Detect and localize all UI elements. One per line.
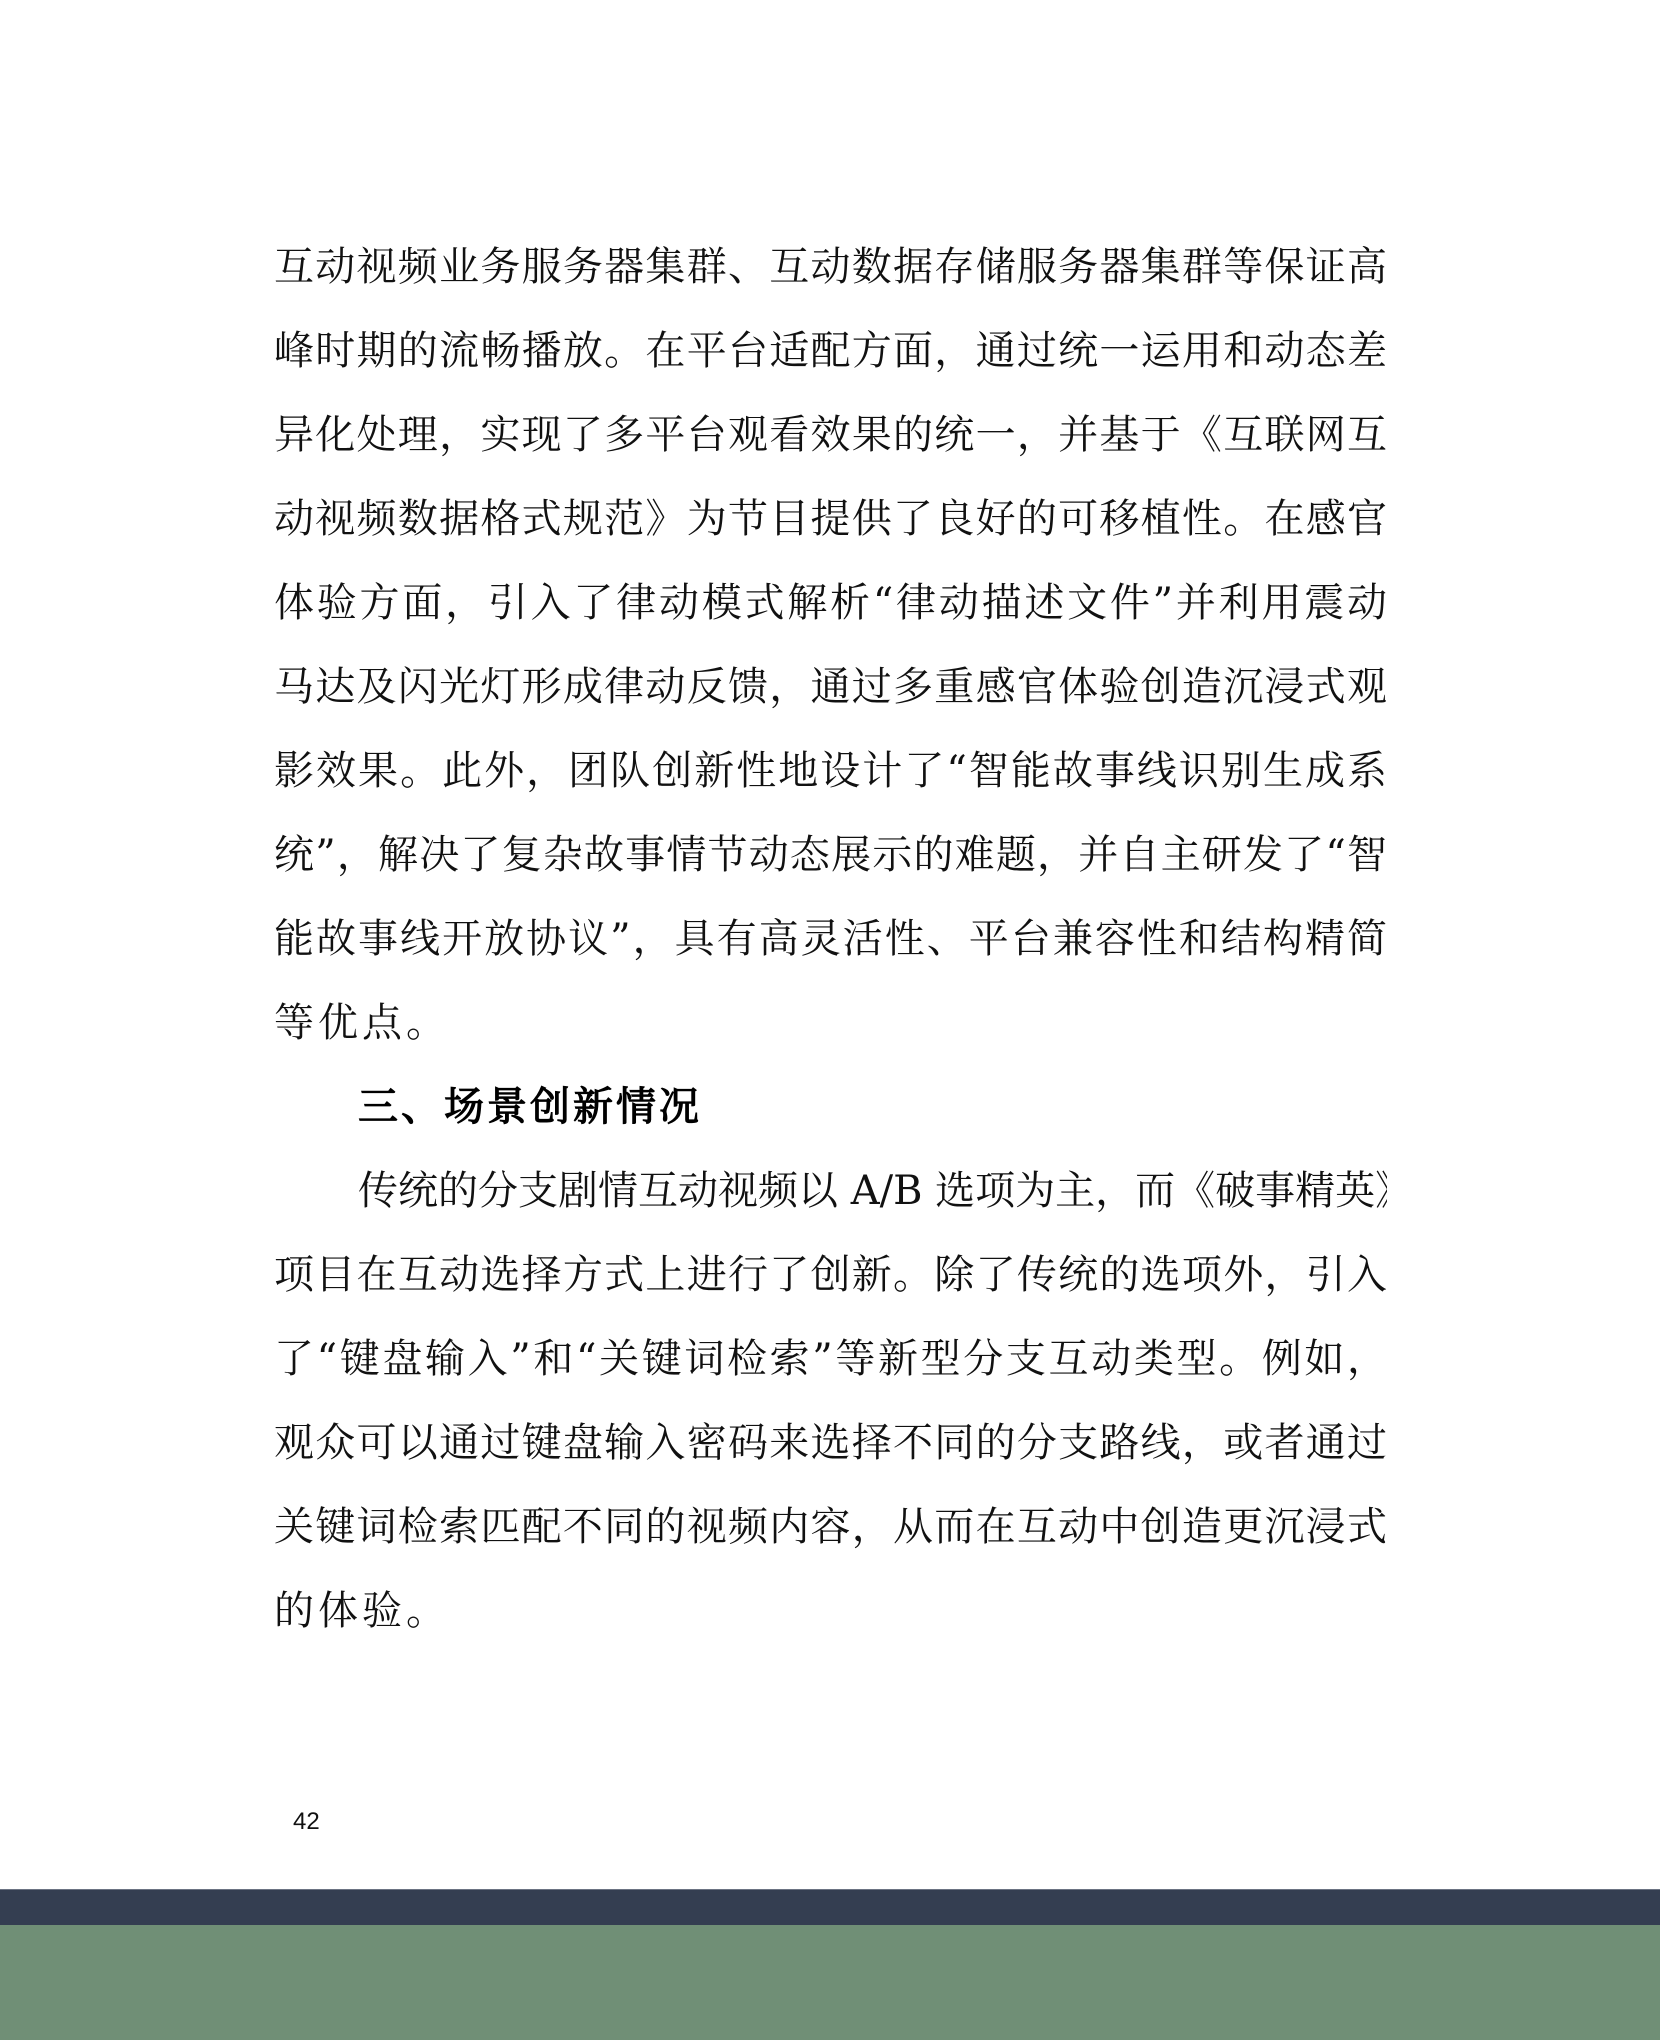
body-text: 互动视频业务服务器集群、互动数据存储服务器集群等保证高 峰时期的流畅播放。在平台… bbox=[274, 225, 1387, 1653]
page-number: 42 bbox=[293, 1808, 320, 1836]
section-heading: 三、场景创新情况 bbox=[274, 1065, 1387, 1149]
paragraph-1: 互动视频业务服务器集群、互动数据存储服务器集群等保证高 峰时期的流畅播放。在平台… bbox=[274, 225, 1387, 1065]
paragraph-line: 统”，解决了复杂故事情节动态展示的难题，并自主研发了“智 bbox=[274, 813, 1387, 897]
paragraph-line: 互动视频业务服务器集群、互动数据存储服务器集群等保证高 bbox=[274, 225, 1387, 309]
paragraph-line: 项目在互动选择方式上进行了创新。除了传统的选项外，引入 bbox=[274, 1233, 1387, 1317]
paragraph-line: 峰时期的流畅播放。在平台适配方面，通过统一运用和动态差 bbox=[274, 309, 1387, 393]
footer-green-band bbox=[0, 1925, 1660, 2040]
paragraph-line: 体验方面，引入了律动模式解析“律动描述文件”并利用震动 bbox=[274, 561, 1387, 645]
paragraph-line: 关键词检索匹配不同的视频内容，从而在互动中创造更沉浸式 bbox=[274, 1485, 1387, 1569]
paragraph-line: 传统的分支剧情互动视频以 A/B 选项为主，而《破事精英》 bbox=[274, 1149, 1387, 1233]
paragraph-line: 等优点。 bbox=[274, 981, 1387, 1065]
document-page: 互动视频业务服务器集群、互动数据存储服务器集群等保证高 峰时期的流畅播放。在平台… bbox=[0, 0, 1660, 1889]
paragraph-line: 能故事线开放协议”，具有高灵活性、平台兼容性和结构精简 bbox=[274, 897, 1387, 981]
paragraph-line: 异化处理，实现了多平台观看效果的统一，并基于《互联网互 bbox=[274, 393, 1387, 477]
paragraph-line: 马达及闪光灯形成律动反馈，通过多重感官体验创造沉浸式观 bbox=[274, 645, 1387, 729]
footer-navy-band bbox=[0, 1889, 1660, 1925]
paragraph-line: 影效果。此外，团队创新性地设计了“智能故事线识别生成系 bbox=[274, 729, 1387, 813]
paragraph-2: 传统的分支剧情互动视频以 A/B 选项为主，而《破事精英》 项目在互动选择方式上… bbox=[274, 1149, 1387, 1653]
paragraph-line: 的体验。 bbox=[274, 1569, 1387, 1653]
paragraph-line: 动视频数据格式规范》为节目提供了良好的可移植性。在感官 bbox=[274, 477, 1387, 561]
paragraph-line: 观众可以通过键盘输入密码来选择不同的分支路线，或者通过 bbox=[274, 1401, 1387, 1485]
paragraph-line: 了“键盘输入”和“关键词检索”等新型分支互动类型。例如， bbox=[274, 1317, 1387, 1401]
